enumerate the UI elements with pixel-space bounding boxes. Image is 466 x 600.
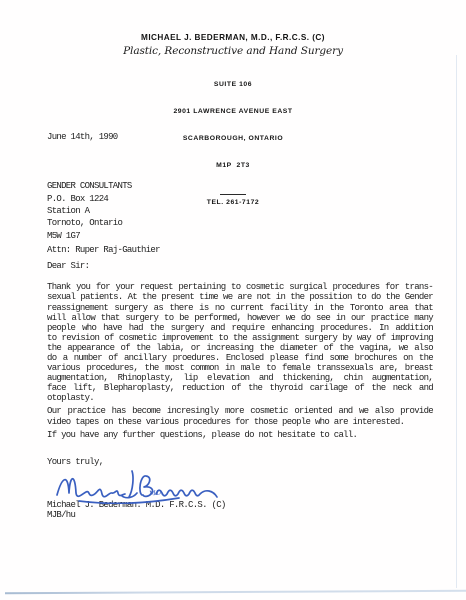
recipient-station: Station A (47, 205, 433, 217)
letter-body: June 14th, 1990 GENDER CONSULTANTS P.O. … (47, 132, 433, 520)
handwritten-signature (53, 464, 223, 504)
letterhead-doctor-name: MICHAEL J. BEDERMAN, M.D., F.R.C.S. (C) (0, 33, 466, 42)
letter-date: June 14th, 1990 (47, 132, 433, 142)
recipient-city: Tornoto, Ontario (47, 217, 433, 229)
typed-line: the appearance of the labia, or increasi… (47, 343, 433, 353)
scan-bottom-edge-shadow (5, 590, 466, 594)
signature-block: M.D. (53, 464, 433, 504)
scan-right-edge-shadow (456, 55, 457, 588)
typed-line: face lift, Blepharoplasty, reduction of … (47, 383, 433, 393)
signature-md-annotation: M.D. (149, 487, 163, 498)
letterhead-specialty: Plastic, Reconstructive and Hand Surgery (0, 45, 466, 57)
typed-line: If you have any further questions, pleas… (47, 430, 433, 440)
typed-line: to revision of cosmetic improvement to t… (47, 333, 433, 343)
typed-line: Thank you for your request pertaining to… (47, 282, 433, 292)
typed-line: augmentation, Rhinoplasty, lip elevation… (47, 373, 433, 383)
typed-line: do a number of ancillary proedures. Encl… (47, 353, 433, 363)
reference-initials: MJB/hu (47, 510, 433, 520)
typed-line: video tapes on these various procedures … (47, 417, 433, 427)
typed-line: people who have had the surgery and requ… (47, 323, 433, 333)
paragraph-1: Thank you for your request pertaining to… (47, 282, 433, 403)
paragraph-2: Our practice has become incresingly more… (47, 406, 433, 426)
attention-line: Attn: Ruper Raj-Gauthier (47, 245, 433, 255)
recipient-po-box: P.O. Box 1224 (47, 193, 433, 205)
recipient-organization: GENDER CONSULTANTS (47, 180, 433, 192)
typed-line: otoplasty. (47, 393, 433, 403)
typed-line: will allow that surgery to be performed,… (47, 313, 433, 323)
typed-line: sexual patients. At the present time we … (47, 292, 433, 302)
typed-line: reassignement surgery as there is no cur… (47, 303, 433, 313)
recipient-address-block: GENDER CONSULTANTS P.O. Box 1224 Station… (47, 180, 433, 242)
letterhead-suite: SUITE 106 (0, 80, 466, 89)
scanned-letter-page: MICHAEL J. BEDERMAN, M.D., F.R.C.S. (C) … (0, 0, 466, 600)
paragraph-3: If you have any further questions, pleas… (47, 430, 433, 440)
typed-line: various procedures, the most common in m… (47, 363, 433, 373)
salutation: Dear Sir: (47, 261, 433, 271)
typed-line: Our practice has become incresingly more… (47, 406, 433, 416)
recipient-postal-code: M5W 1G7 (47, 230, 433, 242)
letterhead-street: 2901 LAWRENCE AVENUE EAST (0, 107, 466, 116)
